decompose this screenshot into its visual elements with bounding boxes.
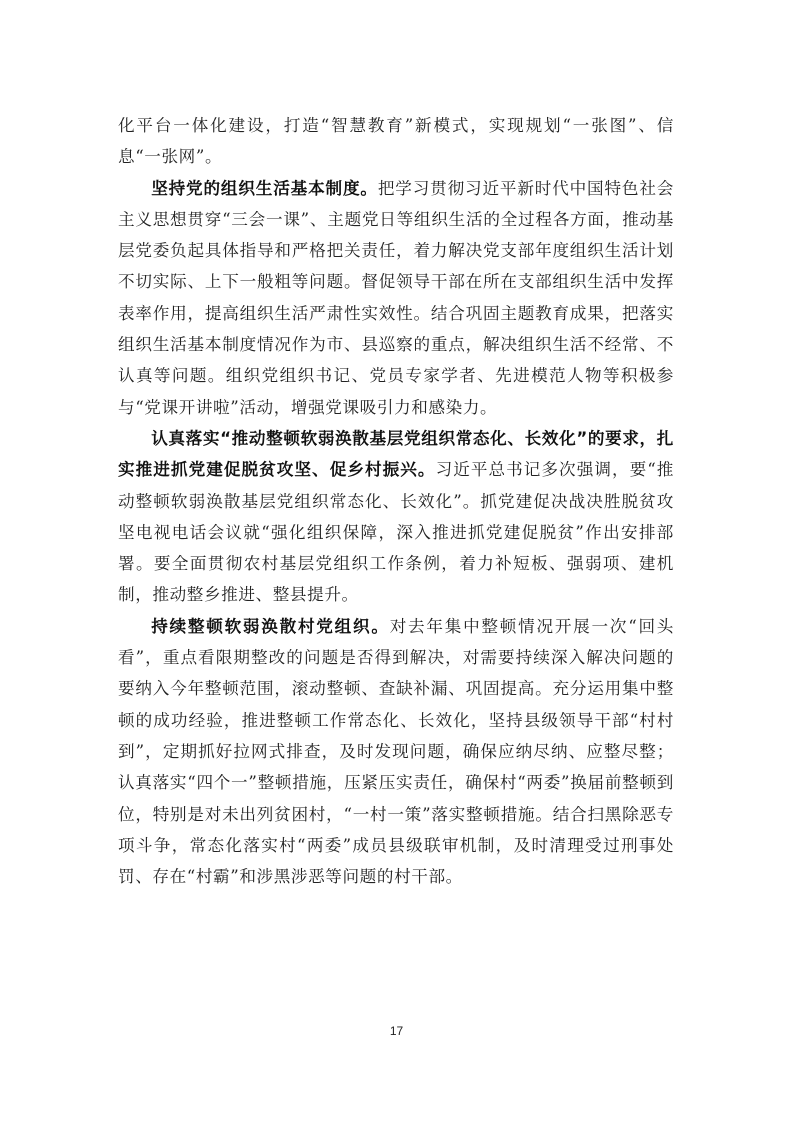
paragraph-organization-life: 坚持党的组织生活基本制度。把学习贯彻习近平新时代中国特色社会主义思想贯穿“三会一… [118,173,674,423]
document-page: 化平台一体化建设，打造“智慧教育”新模式，实现规划“一张图”、信息“一张网”。 … [0,0,793,1122]
paragraph-lead: 坚持党的组织生活基本制度。 [151,179,378,198]
document-body: 化平台一体化建设，打造“智慧教育”新模式，实现规划“一张图”、信息“一张网”。 … [118,110,674,892]
paragraph-continuation: 化平台一体化建设，打造“智慧教育”新模式，实现规划“一张图”、信息“一张网”。 [118,110,674,173]
paragraph-text: 把学习贯彻习近平新时代中国特色社会主义思想贯穿“三会一课”、主题党日等组织生活的… [118,179,674,417]
paragraph-text: 习近平总书记多次强调，要“推动整顿软弱涣散基层党组织常态化、长效化”。抓党建促决… [118,460,674,604]
paragraph-village-party-organization: 持续整顿软弱涣散村党组织。对去年集中整顿情况开展一次“回头看”，重点看限期整改的… [118,611,674,893]
page-number: 17 [0,1024,793,1038]
paragraph-lead: 持续整顿软弱涣散村党组织。 [151,617,390,636]
paragraph-text: 对去年集中整顿情况开展一次“回头看”，重点看限期整改的问题是否得到解决，对需要持… [118,617,674,886]
paragraph-rectification-requirement: 认真落实“推动整顿软弱涣散基层党组织常态化、长效化”的要求，扎实推进抓党建促脱贫… [118,423,674,611]
paragraph-text: 化平台一体化建设，打造“智慧教育”新模式，实现规划“一张图”、信息“一张网”。 [118,116,674,166]
